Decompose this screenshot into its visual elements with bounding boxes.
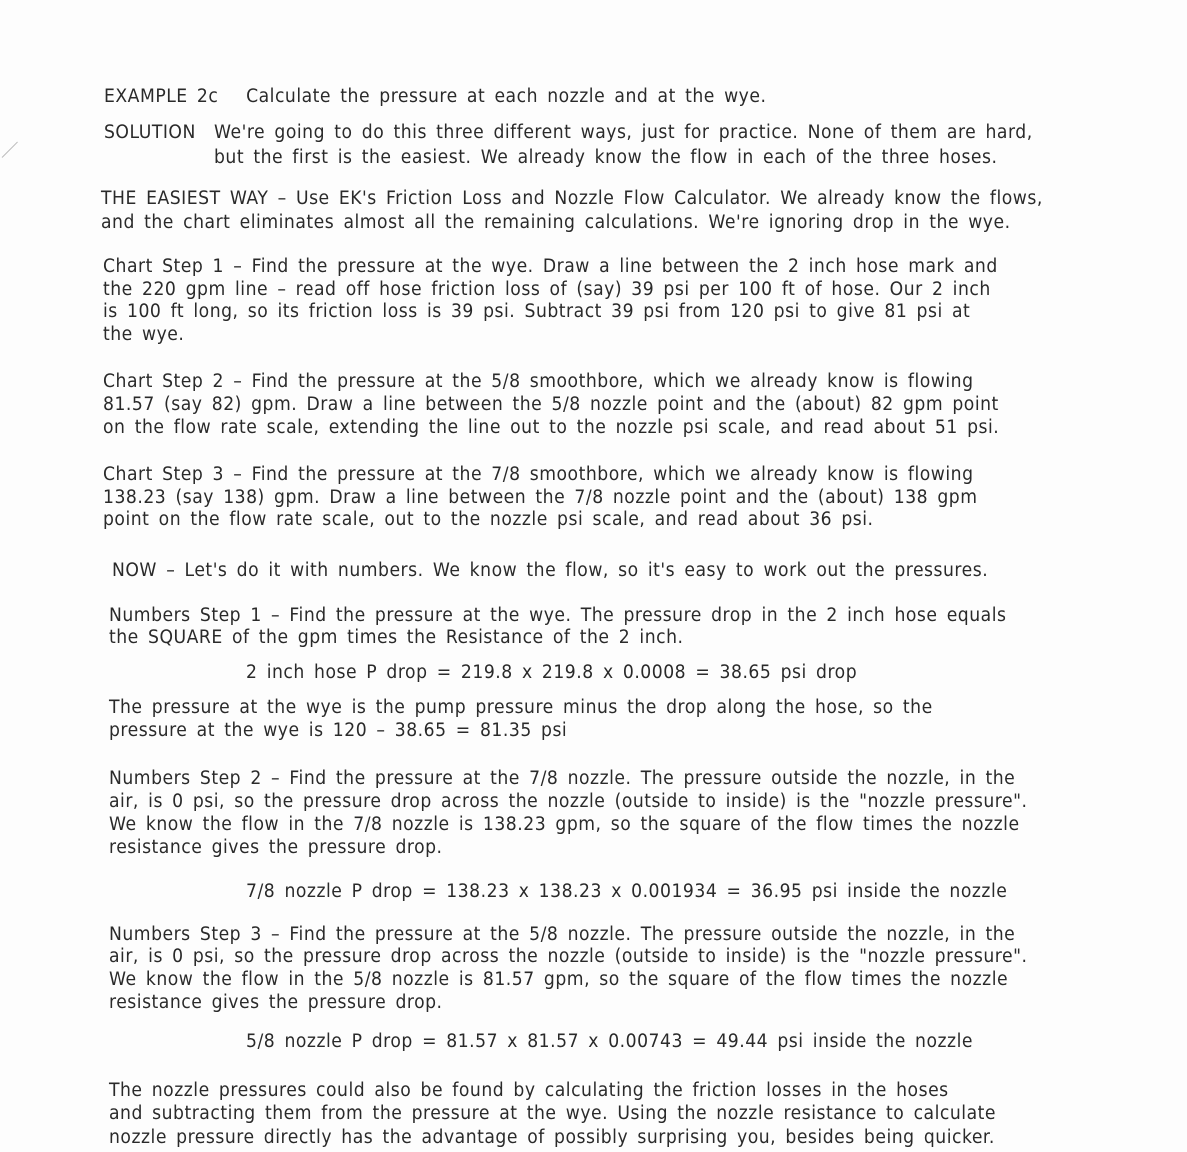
solution-line: but the first is the easiest. We already… — [214, 146, 997, 169]
chart-step-2-line: on the flow rate scale, extending the li… — [103, 416, 999, 439]
numbers-step-3-equation: 5/8 nozzle P drop = 81.57 x 81.57 x 0.00… — [246, 1030, 973, 1053]
chart-step-3-line: Chart Step 3 – Find the pressure at the … — [103, 463, 974, 486]
numbers-step-2-equation: 7/8 nozzle P drop = 138.23 x 138.23 x 0.… — [246, 880, 1007, 903]
solution-label: SOLUTION — [104, 121, 196, 144]
numbers-step-2-line: Numbers Step 2 – Find the pressure at th… — [109, 767, 1015, 790]
chart-step-2-line: Chart Step 2 – Find the pressure at the … — [103, 370, 974, 393]
numbers-step-2-line: We know the flow in the 7/8 nozzle is 13… — [109, 813, 1020, 836]
numbers-step-1-equation: 2 inch hose P drop = 219.8 x 219.8 x 0.0… — [246, 661, 857, 684]
numbers-step-2-line: resistance gives the pressure drop. — [109, 836, 443, 859]
numbers-step-2-line: air, is 0 psi, so the pressure drop acro… — [109, 790, 1027, 813]
solution-line: We're going to do this three different w… — [214, 121, 1033, 144]
example-heading: EXAMPLE 2c Calculate the pressure at eac… — [104, 85, 766, 108]
chart-step-3-line: 138.23 (say 138) gpm. Draw a line betwee… — [103, 486, 978, 509]
now-line: NOW – Let's do it with numbers. We know … — [112, 559, 988, 582]
chart-step-1-line: is 100 ft long, so its friction loss is … — [103, 300, 970, 323]
chart-step-1-line: the 220 gpm line – read off hose frictio… — [103, 278, 991, 301]
numbers-step-3-line: resistance gives the pressure drop. — [109, 991, 443, 1014]
closing-line: The nozzle pressures could also be found… — [109, 1079, 949, 1102]
numbers-step-3-line: We know the flow in the 5/8 nozzle is 81… — [109, 968, 1008, 991]
easiest-way-line: and the chart eliminates almost all the … — [101, 211, 1011, 234]
chart-step-1-line: the wye. — [103, 323, 184, 346]
numbers-step-1-line: the SQUARE of the gpm times the Resistan… — [109, 626, 683, 649]
numbers-step-3-line: air, is 0 psi, so the pressure drop acro… — [109, 945, 1027, 968]
scan-mark — [2, 142, 18, 158]
closing-line: nozzle pressure directly has the advanta… — [109, 1126, 995, 1149]
numbers-step-3-line: Numbers Step 3 – Find the pressure at th… — [109, 923, 1015, 946]
numbers-step-1-after-line: pressure at the wye is 120 – 38.65 = 81.… — [109, 719, 567, 742]
example-label: EXAMPLE 2c — [104, 86, 218, 107]
chart-step-2-line: 81.57 (say 82) gpm. Draw a line between … — [103, 393, 999, 416]
document-page: EXAMPLE 2c Calculate the pressure at eac… — [0, 0, 1187, 1152]
numbers-step-1-after-line: The pressure at the wye is the pump pres… — [109, 696, 933, 719]
numbers-step-1-line: Numbers Step 1 – Find the pressure at th… — [109, 604, 1006, 627]
example-prompt: Calculate the pressure at each nozzle an… — [246, 86, 766, 107]
easiest-way-line: THE EASIEST WAY – Use EK's Friction Loss… — [101, 187, 1043, 210]
chart-step-1-line: Chart Step 1 – Find the pressure at the … — [103, 255, 998, 278]
chart-step-3-line: point on the flow rate scale, out to the… — [103, 508, 874, 531]
closing-line: and subtracting them from the pressure a… — [109, 1102, 996, 1125]
